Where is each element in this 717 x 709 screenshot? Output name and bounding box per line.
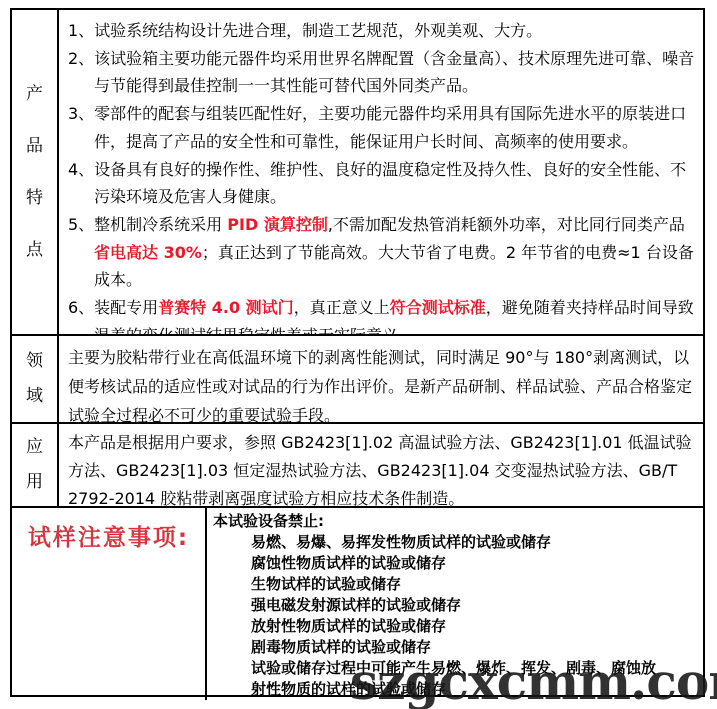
prohibited-item: 射性物质的试样的试验或储存 bbox=[213, 679, 703, 700]
row-sample-notes: 试样注意事项: 本试验设备禁止: 易燃、易爆、易挥发性物质试样的试验或储存腐蚀性… bbox=[12, 506, 703, 700]
prohibited-list: 易燃、易爆、易挥发性物质试样的试验或储存腐蚀性物质试样的试验或储存生物试样的试验… bbox=[213, 532, 703, 700]
field-text: 主要为胶粘带行业在高低温环境下的剥离性能测试，同时满足 90°与 180°剥离测… bbox=[59, 336, 703, 422]
feature-text: 3、零部件的配套与组装匹配性好，主要功能元器件均采用具有国际先进水平的原装进口件… bbox=[68, 104, 686, 151]
prohibited-item: 腐蚀性物质试样的试验或储存 bbox=[213, 553, 703, 574]
prohibited-intro: 本试验设备禁止: bbox=[213, 511, 703, 532]
prohibited-item: 试验或储存过程中可能产生易燃、爆炸、挥发、剧毒、腐蚀放 bbox=[213, 658, 703, 679]
prohibited-item: 强电磁发射源试样的试验或储存 bbox=[213, 595, 703, 616]
feature-text: 4、设备具有良好的操作性、维护性、良好的温度稳定性及持久性、良好的安全性能、不污… bbox=[68, 160, 686, 207]
row-field: 领域 主要为胶粘带行业在高低温环境下的剥离性能测试，同时满足 90°与 180°… bbox=[12, 334, 703, 422]
sample-notes-heading: 试样注意事项: bbox=[28, 519, 189, 552]
feature-text: 6、装配专用 bbox=[68, 298, 158, 317]
row-application: 应用 本产品是根据用户要求，参照 GB2423[1].02 高温试验方法、GB2… bbox=[12, 422, 703, 506]
feature-item: 6、装配专用普赛特 4.0 测试门，真正意义上符合测试标准，避免随着夹持样品时间… bbox=[68, 294, 697, 334]
row-product-features: 产品特点 1、试验系统结构设计先进合理，制造工艺规范，外观美观、大方。2、该试验… bbox=[12, 10, 703, 334]
prohibited-item: 放射性物质试样的试验或储存 bbox=[213, 616, 703, 637]
sample-notes-label-cell: 试样注意事项: bbox=[12, 508, 207, 700]
feature-highlight: 普赛特 4.0 测试门 bbox=[158, 298, 294, 317]
feature-text: 2、该试验箱主要功能元器件均采用世界名牌配置（含金量高）、技术原理先进可靠、噪音… bbox=[68, 49, 694, 96]
feature-highlight: 符合测试标准 bbox=[390, 298, 486, 317]
feature-highlight: 省电高达 30% bbox=[94, 243, 202, 262]
feature-item: 1、试验系统结构设计先进合理，制造工艺规范，外观美观、大方。 bbox=[68, 17, 697, 45]
prohibited-list-cell: 本试验设备禁止: 易燃、易爆、易挥发性物质试样的试验或储存腐蚀性物质试样的试验或… bbox=[207, 508, 703, 700]
field-label-cell: 领域 bbox=[12, 336, 59, 422]
prohibited-item: 剧毒物质试样的试验或储存 bbox=[213, 637, 703, 658]
feature-text: 5、整机制冷系统采用 bbox=[68, 215, 227, 234]
feature-item: 2、该试验箱主要功能元器件均采用世界名牌配置（含金量高）、技术原理先进可靠、噪音… bbox=[68, 45, 697, 100]
feature-text: ,不需加配发热管消耗额外功率，对比同行同类产品 bbox=[328, 215, 685, 234]
spec-table: 产品特点 1、试验系统结构设计先进合理，制造工艺规范，外观美观、大方。2、该试验… bbox=[10, 8, 705, 697]
feature-text: ，真正意义上 bbox=[294, 298, 390, 317]
feature-highlight: PID 演算控制 bbox=[227, 215, 328, 234]
product-features-label: 产品特点 bbox=[25, 68, 45, 276]
product-features-label-cell: 产品特点 bbox=[12, 10, 59, 334]
prohibited-item: 生物试样的试验或储存 bbox=[213, 574, 703, 595]
feature-item: 5、整机制冷系统采用 PID 演算控制,不需加配发热管消耗额外功率，对比同行同类… bbox=[68, 211, 697, 294]
feature-text: 1、试验系统结构设计先进合理，制造工艺规范，外观美观、大方。 bbox=[68, 21, 542, 40]
field-label: 领域 bbox=[25, 344, 45, 414]
feature-item: 3、零部件的配套与组装匹配性好，主要功能元器件均采用具有国际先进水平的原装进口件… bbox=[68, 100, 697, 155]
prohibited-item: 易燃、易爆、易挥发性物质试样的试验或储存 bbox=[213, 532, 703, 553]
spec-document-page: 产品特点 1、试验系统结构设计先进合理，制造工艺规范，外观美观、大方。2、该试验… bbox=[0, 0, 717, 709]
application-text: 本产品是根据用户要求，参照 GB2423[1].02 高温试验方法、GB2423… bbox=[59, 424, 703, 506]
feature-list: 1、试验系统结构设计先进合理，制造工艺规范，外观美观、大方。2、该试验箱主要功能… bbox=[59, 10, 703, 334]
application-label-cell: 应用 bbox=[12, 424, 59, 506]
application-label: 应用 bbox=[25, 430, 45, 500]
feature-item: 4、设备具有良好的操作性、维护性、良好的温度稳定性及持久性、良好的安全性能、不污… bbox=[68, 156, 697, 211]
